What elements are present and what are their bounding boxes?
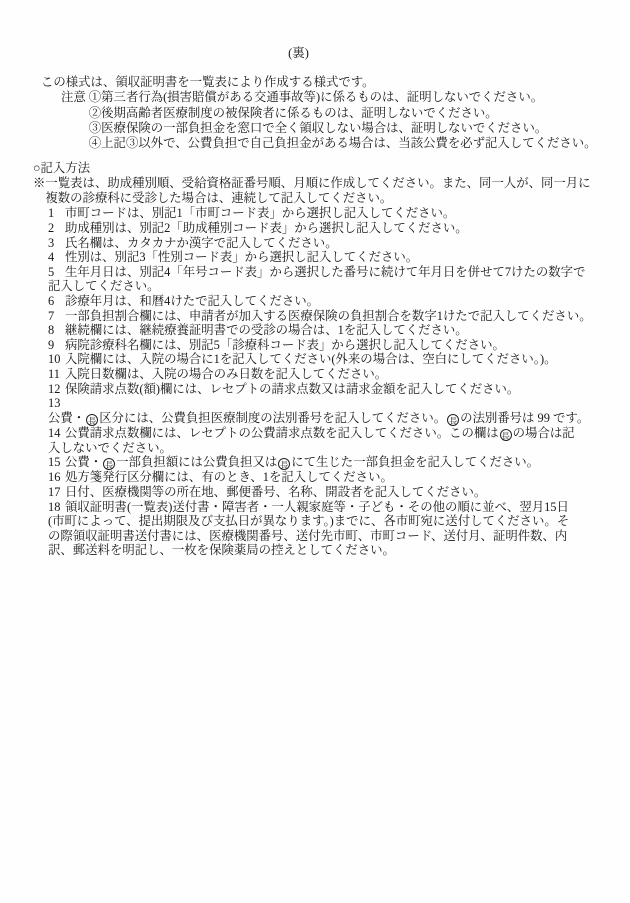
step-text: 性別は、別記3「性別コード表」から選択し記入してください。 bbox=[65, 250, 418, 264]
step-item-14: 14公費請求点数欄には、レセプトの公費請求点数を記入してください。この欄は長の場… bbox=[48, 426, 604, 456]
step-number: 1 bbox=[48, 206, 65, 221]
step-text: 領収証明書(一覧表)送付書・障害者・一人親家庭等・子ども・その他の順に並べ、翌月… bbox=[48, 500, 569, 558]
step-item-13: 13公費・長区分には、公費負担医療制度の法別番号を記入してください。長の法別番号… bbox=[48, 396, 604, 426]
general-note: ※一覧表は、助成種別順、受給資格証番号順、月順に作成してください。また、同一人が… bbox=[33, 176, 604, 206]
step-number: 10 bbox=[48, 352, 65, 367]
step-number: 5 bbox=[48, 265, 65, 280]
step-text: 入院日数欄は、入院の場合のみ日数を記入してください。 bbox=[65, 367, 387, 381]
notice-label: 注意 bbox=[61, 90, 86, 151]
step-text: 公費請求点数欄には、レセプトの公費請求点数を記入してください。この欄は長の場合は… bbox=[48, 426, 575, 455]
circled-char: 長 bbox=[500, 429, 512, 441]
step-item-15: 15公費・長一部負担額には公費負担又は長にて生じた一部負担金を記入してください。 bbox=[48, 455, 604, 470]
step-item-11: 11入院日数欄は、入院の場合のみ日数を記入してください。 bbox=[48, 367, 604, 382]
step-item-9: 9病院診療科名欄には、別記5「診療科コード表」から選択し記入してください。 bbox=[48, 338, 604, 353]
step-text: 日付、医療機関等の所在地、郵便番号、名称、開設者を記入してください。 bbox=[65, 485, 486, 499]
step-number: 15 bbox=[48, 455, 65, 470]
step-number: 9 bbox=[48, 338, 65, 353]
steps-list: 1市町コードは、別記1「市町コード表」から選択し記入してください。 2助成種別は… bbox=[48, 206, 604, 557]
circled-char: 長 bbox=[278, 458, 290, 470]
notice-item-1: ①第三者行為(損害賠償がある交通事故等)に係るものは、証明しないでください。 bbox=[89, 90, 597, 105]
step-number: 2 bbox=[48, 221, 65, 236]
step-text: 入院欄には、入院の場合に1を記入してください(外来の場合は、空白にしてください。… bbox=[65, 352, 556, 366]
step-item-3: 3氏名欄は、カタカナか漢字で記入してください。 bbox=[48, 236, 604, 251]
intro-line: この様式は、領収証明書を一覧表により作成する様式です。 bbox=[41, 75, 604, 90]
step-text: 市町コードは、別記1「市町コード表」から選択し記入してください。 bbox=[65, 206, 455, 220]
notice-items: ①第三者行為(損害賠償がある交通事故等)に係るものは、証明しないでください。 ②… bbox=[89, 90, 597, 151]
step-item-16: 16処方箋発行区分欄には、有のとき、1を記入してください。 bbox=[48, 470, 604, 485]
notice-block: 注意 ①第三者行為(損害賠償がある交通事故等)に係るものは、証明しないでください… bbox=[61, 90, 604, 151]
step-number: 13 bbox=[48, 396, 65, 411]
step-text: 継続欄には、継続療養証明書での受診の場合は、1を記入してください。 bbox=[65, 323, 468, 337]
step-item-8: 8継続欄には、継続療養証明書での受診の場合は、1を記入してください。 bbox=[48, 323, 604, 338]
circled-char: 長 bbox=[86, 414, 98, 426]
step-text: 氏名欄は、カタカナか漢字で記入してください。 bbox=[65, 236, 338, 250]
step-number: 17 bbox=[48, 485, 65, 500]
step-text: 一部負担割合欄には、申請者が加入する医療保険の負担割合を数字1けたで記入してくだ… bbox=[65, 309, 592, 323]
step-item-18: 18領収証明書(一覧表)送付書・障害者・一人親家庭等・子ども・その他の順に並べ、… bbox=[48, 500, 604, 558]
step-text: 公費・長区分には、公費負担医療制度の法別番号を記入してください。長の法別番号は … bbox=[48, 411, 589, 425]
notice-item-4: ④上記③以外で、公費負担で自己負担金がある場合は、当該公費を必ず記入してください… bbox=[89, 136, 597, 151]
step-number: 4 bbox=[48, 250, 65, 265]
step-number: 8 bbox=[48, 323, 65, 338]
page-side-label: (裏) bbox=[33, 46, 564, 61]
step-text: 生年月日は、別記4「年号コード表」から選択した番号に続けて年月日を併せて7けたの… bbox=[48, 265, 585, 294]
step-number: 6 bbox=[48, 294, 65, 309]
document-page: (裏) この様式は、領収証明書を一覧表により作成する様式です。 注意 ①第三者行… bbox=[0, 0, 630, 903]
step-number: 3 bbox=[48, 236, 65, 251]
step-item-7: 7一部負担割合欄には、申請者が加入する医療保険の負担割合を数字1けたで記入してく… bbox=[48, 309, 604, 324]
step-item-1: 1市町コードは、別記1「市町コード表」から選択し記入してください。 bbox=[48, 206, 604, 221]
circled-char: 長 bbox=[103, 458, 115, 470]
step-item-2: 2助成種別は、別記2「助成種別コード表」から選択し記入してください。 bbox=[48, 221, 604, 236]
step-item-17: 17日付、医療機関等の所在地、郵便番号、名称、開設者を記入してください。 bbox=[48, 485, 604, 500]
step-number: 14 bbox=[48, 426, 65, 441]
step-item-10: 10入院欄には、入院の場合に1を記入してください(外来の場合は、空白にしてくださ… bbox=[48, 352, 604, 367]
step-item-4: 4性別は、別記3「性別コード表」から選択し記入してください。 bbox=[48, 250, 604, 265]
step-number: 7 bbox=[48, 309, 65, 324]
section-title: ○記入方法 bbox=[33, 161, 604, 176]
step-item-6: 6診療年月は、和暦4けたで記入してください。 bbox=[48, 294, 604, 309]
step-number: 16 bbox=[48, 470, 65, 485]
step-item-12: 12保険請求点数(額)欄には、レセプトの請求点数又は請求金額を記入してください。 bbox=[48, 382, 604, 397]
step-text: 病院診療科名欄には、別記5「診療科コード表」から選択し記入してください。 bbox=[65, 338, 505, 352]
step-text: 診療年月は、和暦4けたで記入してください。 bbox=[65, 294, 319, 308]
notice-item-3: ③医療保険の一部負担金を窓口で全く領収しない場合は、証明しないでください。 bbox=[89, 121, 597, 136]
step-item-5: 5生年月日は、別記4「年号コード表」から選択した番号に続けて年月日を併せて7けた… bbox=[48, 265, 604, 294]
circled-char: 長 bbox=[447, 414, 459, 426]
step-number: 12 bbox=[48, 382, 65, 397]
step-text: 助成種別は、別記2「助成種別コード表」から選択し記入してください。 bbox=[65, 221, 468, 235]
step-number: 18 bbox=[48, 500, 65, 515]
step-text: 公費・長一部負担額には公費負担又は長にて生じた一部負担金を記入してください。 bbox=[65, 455, 539, 469]
step-text: 保険請求点数(額)欄には、レセプトの請求点数又は請求金額を記入してください。 bbox=[65, 382, 519, 396]
step-number: 11 bbox=[48, 367, 65, 382]
notice-item-2: ②後期高齢者医療制度の被保険者に係るものは、証明しないでください。 bbox=[89, 106, 597, 121]
step-text: 処方箋発行区分欄には、有のとき、1を記入してください。 bbox=[65, 470, 393, 484]
